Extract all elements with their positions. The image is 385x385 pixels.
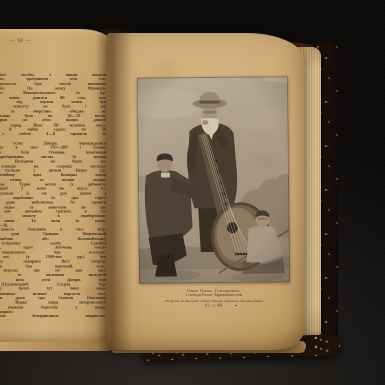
book-photo-scene: — 96 — жуть ті убогі засоби, з якими кош… — [0, 0, 385, 385]
plate-caption: Гнат Тихон. Гончаренко;з слободи Рогані,… — [126, 289, 302, 309]
photo-vignette — [137, 76, 290, 284]
text-line: ля козаків дуже небезпечна, бо гармати — [0, 201, 106, 206]
page-number: — 96 — — [10, 39, 31, 44]
text-line: Вони шукали захисту в прибережних — [0, 214, 106, 219]
right-page: Гнат Тихон. Гончаренко;з слободи Рогані,… — [107, 33, 304, 350]
caption-line: (Гл. ст. 46). — [126, 304, 302, 309]
text-line: до ворога, щоб у ночи на якусь го- — [0, 187, 106, 192]
photo-plate — [137, 76, 290, 284]
kobzar-photograph — [137, 76, 290, 284]
text-line: що брали з собою 4—6 гарматок та — [0, 132, 106, 137]
left-page: — 96 — жуть ті убогі засоби, з якими кош… — [0, 29, 114, 342]
text-line: о задачею уважало боротьбу з невір- — [0, 305, 106, 310]
text-line: о осуджували безпринципне завдавство. — [0, 314, 106, 319]
left-page-text-column: жуть ті убогі засоби, з якими кошалирець… — [0, 73, 106, 319]
text-line: гнатися за ними. Та коли їх поща- — [0, 219, 106, 224]
